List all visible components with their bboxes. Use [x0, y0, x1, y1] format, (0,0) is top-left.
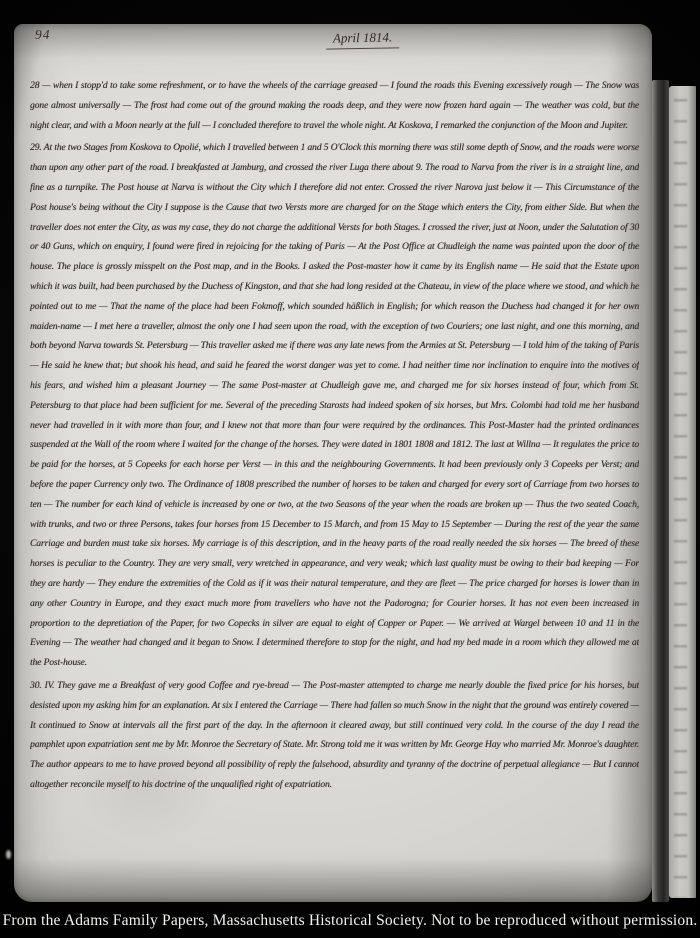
page-number: 94: [35, 28, 51, 42]
diary-entry-april-29: 29. At the two Stages from Koskova to Op…: [30, 138, 639, 673]
film-scratch: [6, 850, 11, 859]
binding-gutter: [652, 80, 669, 902]
facing-page-sliver: [669, 86, 696, 898]
page-header: 94 April 1814.: [14, 24, 652, 60]
caption-bar: From the Adams Family Papers, Massachuse…: [0, 904, 700, 938]
month-heading: April 1814.: [326, 29, 400, 49]
microfilm-photo: 94 April 1814. 28 — when I stopp'd to ta…: [0, 0, 700, 938]
diary-entry-april-28: 28 — when I stopp'd to take some refresh…: [30, 76, 639, 135]
diary-page: 94 April 1814. 28 — when I stopp'd to ta…: [14, 24, 652, 902]
diary-entries: 28 — when I stopp'd to take some refresh…: [30, 76, 639, 894]
facing-page-writing-marks: [674, 86, 687, 898]
diary-entry-april-30: 30. IV. They gave me a Breakfast of very…: [30, 676, 639, 795]
copyright-caption: From the Adams Family Papers, Massachuse…: [3, 913, 698, 929]
